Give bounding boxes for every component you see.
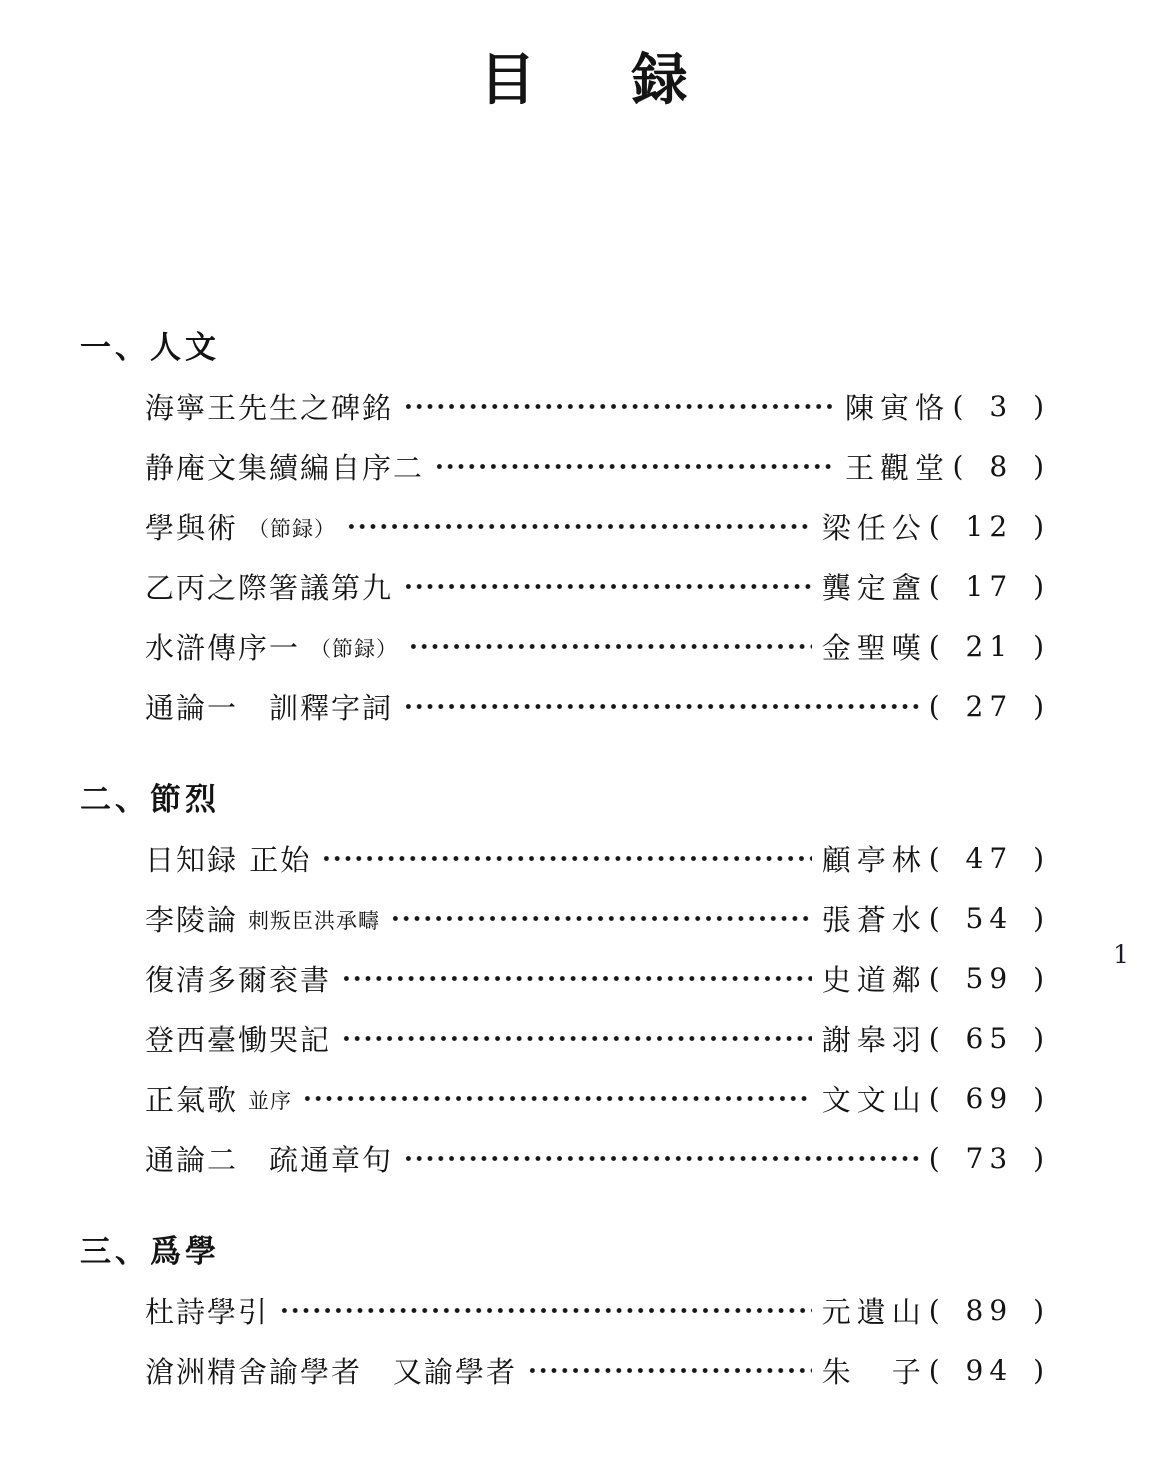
- dot-leader: [341, 1035, 812, 1042]
- entry-title: 海寧王先生之碑銘: [145, 386, 393, 427]
- toc-entry: 登西臺慟哭記 謝皋羽 ( 65 ): [145, 1008, 1050, 1068]
- toc-entry: 滄洲精舍諭學者 又諭學者 朱 子 ( 94 ): [145, 1340, 1050, 1400]
- entry-page-number: ( 65 ): [929, 1022, 1050, 1055]
- entry-author: 張蒼水: [822, 898, 927, 939]
- entry-title: 李陵論: [145, 898, 238, 939]
- dot-leader: [527, 1367, 812, 1374]
- entry-author: 史道鄰: [822, 958, 927, 999]
- entry-title: 復清多爾衮書: [145, 958, 331, 999]
- toc-entry: 通論一 訓釋字詞 ( 27 ): [145, 676, 1050, 736]
- entry-page-number: ( 73 ): [929, 1142, 1050, 1175]
- toc-entry: 日知録 正始 顧亭林 ( 47 ): [145, 828, 1050, 888]
- entry-title: 通論二 疏通章句: [145, 1138, 393, 1179]
- page-title: 目 録: [22, 48, 1165, 112]
- section-entries: 日知録 正始 顧亭林 ( 47 ) 李陵論 刺叛臣洪承疇 張蒼水 ( 54 ) …: [0, 828, 1165, 1188]
- entry-subtitle: 並序: [248, 1081, 292, 1115]
- dot-leader: [341, 975, 812, 982]
- entry-author: 龔定盦: [822, 566, 927, 607]
- entry-page-number: ( 47 ): [929, 842, 1050, 875]
- toc-entry: 海寧王先生之碑銘 陳寅恪 ( 3 ): [145, 376, 1050, 436]
- toc-entry: 正氣歌 並序 文文山 ( 69 ): [145, 1068, 1050, 1128]
- entry-page-number: ( 21 ): [929, 630, 1050, 663]
- entry-page-number: ( 27 ): [929, 690, 1050, 723]
- entry-title: 學與術: [145, 506, 238, 547]
- entry-title: 杜詩學引: [145, 1290, 269, 1331]
- section-jielie: 二、節烈 日知録 正始 顧亭林 ( 47 ) 李陵論 刺叛臣洪承疇 張蒼水 ( …: [0, 780, 1165, 1188]
- entry-page-number: ( 17 ): [929, 570, 1050, 603]
- entry-author: 文文山: [822, 1078, 927, 1119]
- entry-page-number: ( 54 ): [929, 902, 1050, 935]
- entry-author: 梁任公: [822, 506, 927, 547]
- entry-title: 水滸傳序一: [145, 626, 300, 667]
- dot-leader: [403, 703, 919, 710]
- section-heading: 二、節烈: [80, 780, 1165, 820]
- toc-entry: 復清多爾衮書 史道鄰 ( 59 ): [145, 948, 1050, 1008]
- toc-entry: 水滸傳序一 （節録） 金聖嘆 ( 21 ): [145, 616, 1050, 676]
- section-heading: 三、爲學: [80, 1232, 1165, 1272]
- dot-leader: [279, 1307, 812, 1314]
- entry-title: 通論一 訓釋字詞: [145, 686, 393, 727]
- toc-content: 一、人文 海寧王先生之碑銘 陳寅恪 ( 3 ) 静庵文集續編自序二 王觀堂 ( …: [0, 328, 1165, 1400]
- entry-title: 静庵文集續編自序二: [145, 446, 424, 487]
- entry-title: 登西臺慟哭記: [145, 1018, 331, 1059]
- entry-title: 正氣歌: [145, 1078, 238, 1119]
- dot-leader: [408, 643, 812, 650]
- section-heading: 一、人文: [80, 328, 1165, 368]
- toc-entry: 李陵論 刺叛臣洪承疇 張蒼水 ( 54 ): [145, 888, 1050, 948]
- toc-entry: 學與術 （節録） 梁任公 ( 12 ): [145, 496, 1050, 556]
- entry-page-number: ( 94 ): [929, 1354, 1050, 1387]
- dot-leader: [302, 1095, 812, 1102]
- folio-page-number: 1: [1113, 940, 1129, 969]
- dot-leader: [321, 855, 811, 862]
- section-weixue: 三、爲學 杜詩學引 元遺山 ( 89 ) 滄洲精舍諭學者 又諭學者 朱 子 ( …: [0, 1232, 1165, 1400]
- entry-subtitle: （節録）: [310, 629, 398, 663]
- entry-title: 乙丙之際箸議第九: [145, 566, 393, 607]
- dot-leader: [390, 915, 812, 922]
- section-renwen: 一、人文 海寧王先生之碑銘 陳寅恪 ( 3 ) 静庵文集續編自序二 王觀堂 ( …: [0, 328, 1165, 736]
- entry-author: 謝皋羽: [822, 1018, 927, 1059]
- dot-leader: [403, 1155, 919, 1162]
- entry-subtitle: （節録）: [248, 509, 336, 543]
- dot-leader: [346, 523, 812, 530]
- entry-page-number: ( 59 ): [929, 962, 1050, 995]
- entry-author: 元遺山: [822, 1290, 927, 1331]
- entry-page-number: ( 3 ): [952, 390, 1050, 423]
- entry-title: 日知録 正始: [145, 838, 311, 879]
- entry-subtitle: 刺叛臣洪承疇: [248, 901, 380, 935]
- toc-entry: 静庵文集續編自序二 王觀堂 ( 8 ): [145, 436, 1050, 496]
- entry-page-number: ( 8 ): [952, 450, 1050, 483]
- entry-page-number: ( 89 ): [929, 1294, 1050, 1327]
- entry-author: 陳寅恪: [845, 386, 950, 427]
- toc-entry: 乙丙之際箸議第九 龔定盦 ( 17 ): [145, 556, 1050, 616]
- entry-author: 朱 子: [822, 1350, 927, 1391]
- entry-page-number: ( 12 ): [929, 510, 1050, 543]
- entry-author: 王觀堂: [845, 446, 950, 487]
- entry-author: 金聖嘆: [822, 626, 927, 667]
- toc-entry: 通論二 疏通章句 ( 73 ): [145, 1128, 1050, 1188]
- entry-author: 顧亭林: [822, 838, 927, 879]
- section-entries: 海寧王先生之碑銘 陳寅恪 ( 3 ) 静庵文集續編自序二 王觀堂 ( 8 ) 學…: [0, 376, 1165, 736]
- dot-leader: [403, 403, 835, 410]
- toc-entry: 杜詩學引 元遺山 ( 89 ): [145, 1280, 1050, 1340]
- dot-leader: [403, 583, 812, 590]
- entry-page-number: ( 69 ): [929, 1082, 1050, 1115]
- dot-leader: [434, 463, 835, 470]
- entry-title: 滄洲精舍諭學者 又諭學者: [145, 1350, 517, 1391]
- section-entries: 杜詩學引 元遺山 ( 89 ) 滄洲精舍諭學者 又諭學者 朱 子 ( 94 ): [0, 1280, 1165, 1400]
